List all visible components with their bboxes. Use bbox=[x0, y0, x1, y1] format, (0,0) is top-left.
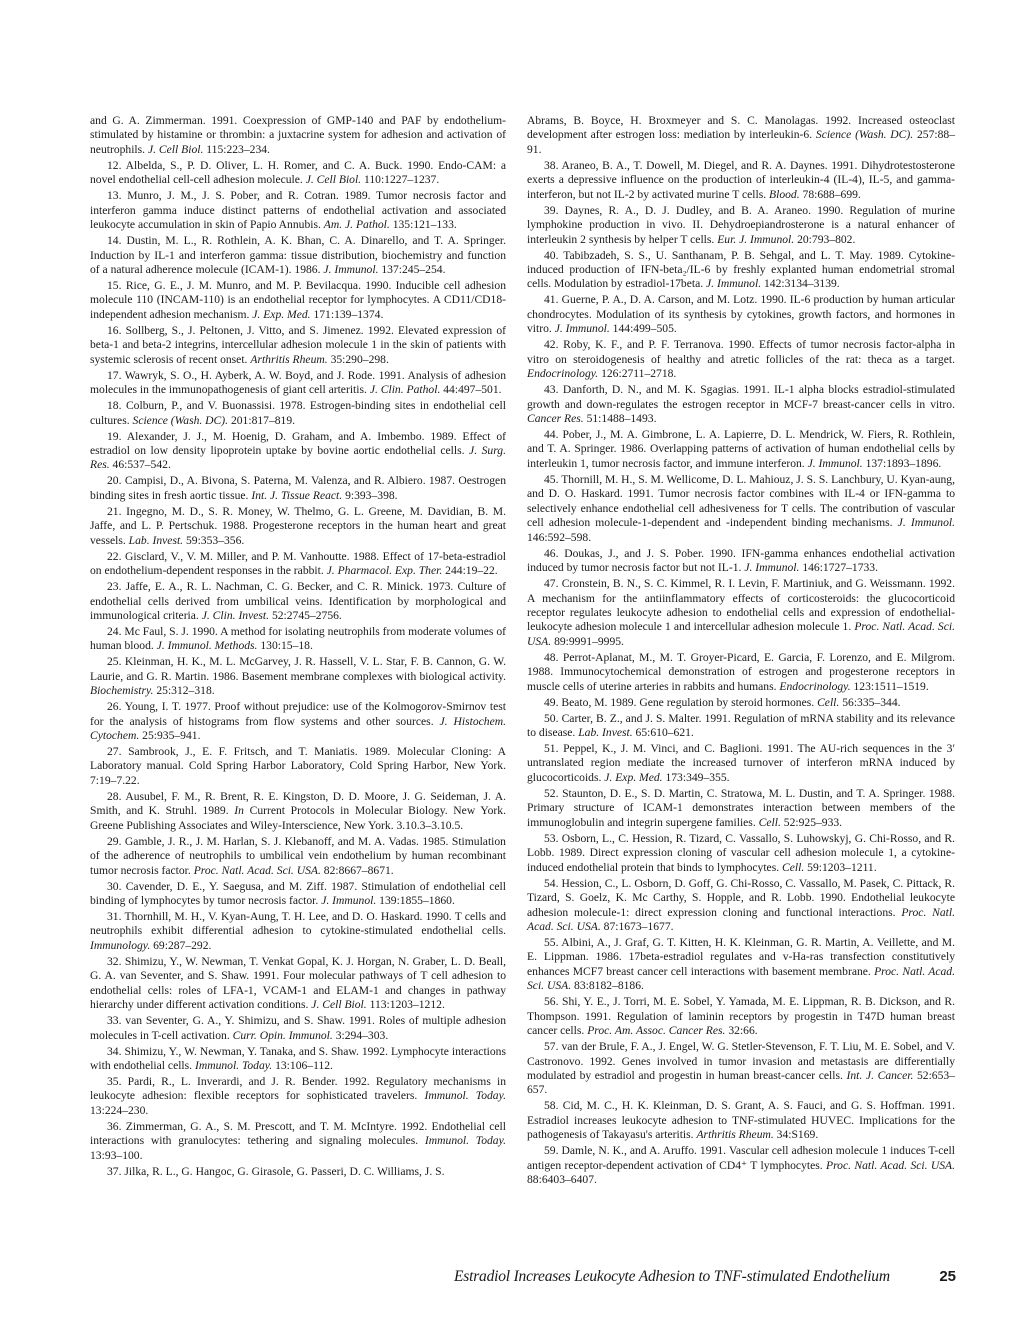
journal-name: J. Exp. Med. bbox=[252, 308, 310, 321]
journal-name: Immunol. Today. bbox=[425, 1089, 506, 1102]
reference-text: Alexander, J. J., M. Hoenig, D. Graham, … bbox=[90, 430, 506, 457]
journal-name: In bbox=[234, 804, 244, 817]
journal-name: Science (Wash. DC). bbox=[133, 414, 229, 427]
reference-entry: 33. van Seventer, G. A., Y. Shimizu, and… bbox=[90, 1014, 506, 1043]
journal-name: J. Cell Biol. bbox=[148, 143, 203, 156]
journal-name: J. Immunol. bbox=[323, 263, 378, 276]
reference-entry: 19. Alexander, J. J., M. Hoenig, D. Grah… bbox=[90, 430, 506, 473]
reference-entry: 59. Damle, N. K., and A. Aruffo. 1991. V… bbox=[527, 1144, 955, 1187]
citation-volume-pages: 9:393–398. bbox=[345, 489, 398, 502]
page-footer: Estradiol Increases Leukocyte Adhesion t… bbox=[454, 1268, 964, 1288]
journal-name: J. Immunol. Methods. bbox=[157, 639, 258, 652]
citation-volume-pages: 56:335–344. bbox=[842, 696, 900, 709]
journal-name: J. Clin. Invest. bbox=[202, 609, 269, 622]
citation-volume-pages: 123:1511–1519. bbox=[854, 680, 929, 693]
citation-volume-pages: 137:1893–1896. bbox=[866, 457, 942, 470]
citation-volume-pages: 20:793–802. bbox=[797, 233, 855, 246]
reference-number: 50. bbox=[544, 712, 559, 725]
citation-volume-pages: 144:499–505. bbox=[613, 322, 677, 335]
reference-entry: 26. Young, I. T. 1977. Proof without pre… bbox=[90, 700, 506, 743]
reference-text: Gisclard, V., V. M. Miller, and P. M. Va… bbox=[90, 550, 506, 577]
reference-number: 48. bbox=[544, 651, 559, 664]
journal-name: Science (Wash. DC). bbox=[816, 128, 913, 141]
citation-volume-pages: 139:1855–1860. bbox=[379, 894, 455, 907]
reference-number: 54. bbox=[544, 877, 559, 890]
reference-text: Hession, C., L. Osborn, D. Goff, G. Chi-… bbox=[527, 877, 955, 919]
reference-text: Kleinman, H. K., M. L. McGarvey, J. R. H… bbox=[90, 655, 506, 682]
reference-entry: 23. Jaffe, E. A., R. L. Nachman, C. G. B… bbox=[90, 580, 506, 623]
reference-entry: 36. Zimmerman, G. A., S. M. Prescott, an… bbox=[90, 1120, 506, 1163]
citation-volume-pages: 137:245–254. bbox=[381, 263, 445, 276]
journal-name: J. Immunol. bbox=[898, 516, 955, 529]
reference-entry: 27. Sambrook, J., E. F. Fritsch, and T. … bbox=[90, 745, 506, 788]
reference-entry: 53. Osborn, L., C. Hession, R. Tizard, C… bbox=[527, 832, 955, 875]
reference-number: 45. bbox=[544, 473, 559, 486]
reference-number: 20. bbox=[107, 474, 122, 487]
reference-number: 33. bbox=[107, 1014, 122, 1027]
citation-volume-pages: 59:1203–1211. bbox=[807, 861, 876, 874]
reference-text: Thornill, M. H., S. M. Wellicome, D. L. … bbox=[527, 473, 955, 529]
reference-number: 52. bbox=[544, 787, 559, 800]
journal-name: Endocrinology. bbox=[779, 680, 850, 693]
reference-number: 21. bbox=[107, 505, 122, 518]
reference-entry: 40. Tabibzadeh, S. S., U. Santhanam, P. … bbox=[527, 249, 955, 292]
reference-number: 53. bbox=[544, 832, 559, 845]
citation-volume-pages: 87:1673–1677. bbox=[604, 920, 674, 933]
reference-entry: 16. Sollberg, S., J. Peltonen, J. Vitto,… bbox=[90, 324, 506, 367]
citation-volume-pages: 201:817–819. bbox=[231, 414, 295, 427]
reference-entry: 35. Pardi, R., L. Inverardi, and J. R. B… bbox=[90, 1075, 506, 1118]
reference-number: 55. bbox=[544, 936, 559, 949]
citation-volume-pages: 78:688–699. bbox=[803, 188, 861, 201]
reference-entry: 25. Kleinman, H. K., M. L. McGarvey, J. … bbox=[90, 655, 506, 698]
reference-text: Roby, K. F., and P. F. Terranova. 1990. … bbox=[527, 338, 955, 365]
citation-volume-pages: 32:66. bbox=[728, 1024, 757, 1037]
reference-entry: 58. Cid, M. C., H. K. Kleinman, D. S. Gr… bbox=[527, 1099, 955, 1142]
citation-volume-pages: 25:935–941. bbox=[142, 729, 200, 742]
reference-number: 51. bbox=[544, 742, 559, 755]
journal-name: Int. J. Cancer. bbox=[847, 1069, 914, 1082]
reference-entry: 47. Cronstein, B. N., S. C. Kimmel, R. I… bbox=[527, 577, 955, 649]
citation-volume-pages: 51:1488–1493. bbox=[587, 412, 657, 425]
reference-number: 40. bbox=[544, 249, 559, 262]
journal-name: J. Cell Biol. bbox=[306, 173, 361, 186]
reference-text: Danforth, D. N., and M. K. Sgagias. 1991… bbox=[527, 383, 955, 410]
journal-name: Proc. Natl. Acad. Sci. USA. bbox=[826, 1159, 955, 1172]
reference-column-right: Abrams, B. Boyce, H. Broxmeyer and S. C.… bbox=[527, 114, 955, 1189]
reference-number: 22. bbox=[107, 550, 122, 563]
citation-volume-pages: 89:9991–9995. bbox=[554, 635, 624, 648]
reference-text: Peppel, K., J. M. Vinci, and C. Baglioni… bbox=[527, 742, 955, 784]
reference-number: 46. bbox=[544, 547, 559, 560]
journal-name: Proc. Am. Assoc. Cancer Res. bbox=[587, 1024, 725, 1037]
reference-entry: 55. Albini, A., J. Graf, G. T. Kitten, H… bbox=[527, 936, 955, 994]
reference-number: 37. bbox=[107, 1165, 122, 1178]
reference-entry: 12. Albelda, S., P. D. Oliver, L. H. Rom… bbox=[90, 159, 506, 188]
reference-number: 15. bbox=[107, 279, 122, 292]
citation-volume-pages: 146:592–598. bbox=[527, 531, 591, 544]
reference-entry: 46. Doukas, J., and J. S. Pober. 1990. I… bbox=[527, 547, 955, 576]
reference-entry: 30. Cavender, D. E., Y. Saegusa, and M. … bbox=[90, 880, 506, 909]
reference-entry: 43. Danforth, D. N., and M. K. Sgagias. … bbox=[527, 383, 955, 426]
reference-entry: 38. Araneo, B. A., T. Dowell, M. Diegel,… bbox=[527, 159, 955, 202]
reference-column-left: and G. A. Zimmerman. 1991. Coexpression … bbox=[90, 114, 506, 1181]
reference-text: Sambrook, J., E. F. Fritsch, and T. Mani… bbox=[90, 745, 506, 787]
reference-entry: 54. Hession, C., L. Osborn, D. Goff, G. … bbox=[527, 877, 955, 935]
citation-volume-pages: 110:1227–1237. bbox=[364, 173, 439, 186]
citation-volume-pages: 25:312–318. bbox=[156, 684, 214, 697]
reference-number: 42. bbox=[544, 338, 559, 351]
reference-entry: 18. Colburn, P., and V. Buonassisi. 1978… bbox=[90, 399, 506, 428]
reference-entry: 28. Ausubel, F. M., R. Brent, R. E. King… bbox=[90, 790, 506, 833]
reference-text: Albelda, S., P. D. Oliver, L. H. Romer, … bbox=[90, 159, 506, 186]
reference-text: Thornhill, M. H., V. Kyan-Aung, T. H. Le… bbox=[90, 910, 506, 937]
reference-entry: 41. Guerne, P. A., D. A. Carson, and M. … bbox=[527, 293, 955, 336]
page-number: 25 bbox=[939, 1268, 956, 1285]
journal-name: Blood. bbox=[769, 188, 800, 201]
citation-volume-pages: 142:3134–3139. bbox=[764, 277, 840, 290]
reference-entry: 51. Peppel, K., J. M. Vinci, and C. Bagl… bbox=[527, 742, 955, 785]
citation-volume-pages: 59:353–356. bbox=[186, 534, 244, 547]
reference-number: 41. bbox=[544, 293, 559, 306]
journal-name: Immunology. bbox=[90, 939, 150, 952]
reference-entry: 17. Wawryk, S. O., H. Ayberk, A. W. Boyd… bbox=[90, 369, 506, 398]
citation-volume-pages: 3:294–303. bbox=[336, 1029, 389, 1042]
reference-number: 44. bbox=[544, 428, 559, 441]
reference-number: 27. bbox=[107, 745, 122, 758]
citation-volume-pages: 126:2711–2718. bbox=[601, 367, 676, 380]
citation-volume-pages: 130:15–18. bbox=[260, 639, 313, 652]
running-title: Estradiol Increases Leukocyte Adhesion t… bbox=[454, 1268, 890, 1286]
reference-entry: 20. Campisi, D., A. Bivona, S. Paterna, … bbox=[90, 474, 506, 503]
reference-number: 34. bbox=[107, 1045, 122, 1058]
citation-volume-pages: 52:925–933. bbox=[784, 816, 842, 829]
journal-name: Lab. Invest. bbox=[578, 726, 632, 739]
reference-number: 12. bbox=[107, 159, 122, 172]
journal-name: Biochemistry. bbox=[90, 684, 153, 697]
reference-number: 19. bbox=[107, 430, 122, 443]
reference-entry: 14. Dustin, M. L., R. Rothlein, A. K. Bh… bbox=[90, 234, 506, 277]
journal-name: Cell. bbox=[759, 816, 781, 829]
reference-entry: 44. Pober, J., M. A. Gimbrone, L. A. Lap… bbox=[527, 428, 955, 471]
citation-volume-pages: 34:S169. bbox=[777, 1128, 819, 1141]
journal-name: J. Clin. Pathol. bbox=[370, 383, 441, 396]
journal-name: J. Immunol. bbox=[555, 322, 610, 335]
journal-name: Cell. bbox=[782, 861, 804, 874]
reference-number: 23. bbox=[107, 580, 122, 593]
journal-name: J. Exp. Med. bbox=[604, 771, 662, 784]
reference-entry: 48. Perrot-Aplanat, M., M. T. Groyer-Pic… bbox=[527, 651, 955, 694]
reference-number: 18. bbox=[107, 399, 122, 412]
reference-entry: 57. van der Brule, F. A., J. Engel, W. G… bbox=[527, 1040, 955, 1098]
reference-number: 56. bbox=[544, 995, 559, 1008]
journal-name: Immunol. Today. bbox=[195, 1059, 272, 1072]
reference-number: 49. bbox=[544, 696, 559, 709]
reference-number: 31. bbox=[107, 910, 122, 923]
reference-entry: 22. Gisclard, V., V. M. Miller, and P. M… bbox=[90, 550, 506, 579]
citation-volume-pages: 113:1203–1212. bbox=[370, 998, 445, 1011]
citation-volume-pages: 13:106–112. bbox=[275, 1059, 333, 1072]
citation-volume-pages: 65:610–621. bbox=[636, 726, 694, 739]
reference-entry: 13. Munro, J. M., J. S. Pober, and R. Co… bbox=[90, 189, 506, 232]
citation-volume-pages: 135:121–133. bbox=[393, 218, 457, 231]
reference-number: 17. bbox=[107, 369, 122, 382]
citation-volume-pages: 44:497–501. bbox=[443, 383, 501, 396]
reference-entry: 56. Shi, Y. E., J. Torri, M. E. Sobel, Y… bbox=[527, 995, 955, 1038]
reference-entry: 21. Ingegno, M. D., S. R. Money, W. Thel… bbox=[90, 505, 506, 548]
reference-entry: 49. Beato, M. 1989. Gene regulation by s… bbox=[527, 696, 955, 710]
citation-volume-pages: 173:349–355. bbox=[665, 771, 729, 784]
reference-entry: 24. Mc Faul, S. J. 1990. A method for is… bbox=[90, 625, 506, 654]
citation-volume-pages: 88:6403–6407. bbox=[527, 1173, 597, 1186]
journal-name: J. Immunol. bbox=[706, 277, 761, 290]
reference-entry: and G. A. Zimmerman. 1991. Coexpression … bbox=[90, 114, 506, 157]
reference-entry: 32. Shimizu, Y., W. Newman, T. Venkat Go… bbox=[90, 955, 506, 1013]
citation-volume-pages: 69:287–292. bbox=[153, 939, 211, 952]
reference-entry: 39. Daynes, R. A., D. J. Dudley, and B. … bbox=[527, 204, 955, 247]
reference-entry: 37. Jilka, R. L., G. Hangoc, G. Girasole… bbox=[90, 1165, 506, 1179]
journal-name: Curr. Opin. Immunol. bbox=[233, 1029, 333, 1042]
reference-entry: 15. Rice, G. E., J. M. Munro, and M. P. … bbox=[90, 279, 506, 322]
journal-name: Arthritis Rheum. bbox=[250, 353, 327, 366]
reference-number: 38. bbox=[544, 159, 559, 172]
journal-name: Eur. J. Immunol. bbox=[717, 233, 794, 246]
reference-number: 58. bbox=[544, 1099, 559, 1112]
reference-entry: 52. Staunton, D. E., S. D. Martin, C. St… bbox=[527, 787, 955, 830]
citation-volume-pages: 115:223–234. bbox=[206, 143, 270, 156]
reference-entry: Abrams, B. Boyce, H. Broxmeyer and S. C.… bbox=[527, 114, 955, 157]
reference-entry: 42. Roby, K. F., and P. F. Terranova. 19… bbox=[527, 338, 955, 381]
journal-name: J. Pharmacol. Exp. Ther. bbox=[327, 564, 443, 577]
reference-text: Jilka, R. L., G. Hangoc, G. Girasole, G.… bbox=[124, 1165, 444, 1178]
reference-entry: 31. Thornhill, M. H., V. Kyan-Aung, T. H… bbox=[90, 910, 506, 953]
reference-text: Beato, M. 1989. Gene regulation by stero… bbox=[561, 696, 814, 709]
journal-name: Proc. Natl. Acad. Sci. USA. bbox=[194, 864, 321, 877]
journal-name: Lab. Invest. bbox=[129, 534, 183, 547]
reference-number: 16. bbox=[107, 324, 122, 337]
reference-number: 30. bbox=[107, 880, 122, 893]
reference-number: 35. bbox=[107, 1075, 122, 1088]
journal-name: Arthritis Rheum. bbox=[696, 1128, 773, 1141]
reference-number: 43. bbox=[544, 383, 559, 396]
reference-number: 32. bbox=[107, 955, 122, 968]
reference-number: 36. bbox=[107, 1120, 122, 1133]
reference-number: 29. bbox=[107, 835, 122, 848]
reference-text: Araneo, B. A., T. Dowell, M. Diegel, and… bbox=[527, 159, 955, 201]
citation-volume-pages: 146:1727–1733. bbox=[802, 561, 878, 574]
reference-text: Osborn, L., C. Hession, R. Tizard, C. Va… bbox=[527, 832, 955, 874]
journal-name: Endocrinology. bbox=[527, 367, 598, 380]
journal-name: Int. J. Tissue React. bbox=[251, 489, 342, 502]
citation-volume-pages: 171:139–1374. bbox=[313, 308, 383, 321]
reference-entry: 34. Shimizu, Y., W. Newman, Y. Tanaka, a… bbox=[90, 1045, 506, 1074]
citation-volume-pages: 13:93–100. bbox=[90, 1149, 143, 1162]
reference-number: 14. bbox=[107, 234, 122, 247]
reference-number: 39. bbox=[544, 204, 559, 217]
journal-name: Immunol. Today. bbox=[425, 1134, 506, 1147]
reference-text: Staunton, D. E., S. D. Martin, C. Strato… bbox=[527, 787, 955, 829]
citation-volume-pages: 82:8667–8671. bbox=[324, 864, 394, 877]
journal-name: J. Cell Biol. bbox=[311, 998, 366, 1011]
reference-number: 26. bbox=[107, 700, 122, 713]
journal-name: Cell. bbox=[817, 696, 839, 709]
citation-volume-pages: 52:2745–2756. bbox=[272, 609, 342, 622]
reference-entry: 50. Carter, B. Z., and J. S. Malter. 199… bbox=[527, 712, 955, 741]
reference-number: 13. bbox=[107, 189, 122, 202]
journal-name: Cancer Res. bbox=[527, 412, 584, 425]
reference-number: 59. bbox=[544, 1144, 559, 1157]
reference-number: 47. bbox=[544, 577, 559, 590]
reference-entry: 29. Gamble, J. R., J. M. Harlan, S. J. K… bbox=[90, 835, 506, 878]
citation-volume-pages: 83:8182–8186. bbox=[574, 979, 644, 992]
reference-number: 24. bbox=[107, 625, 122, 638]
citation-volume-pages: 35:290–298. bbox=[331, 353, 389, 366]
journal-name: J. Immunol. bbox=[744, 561, 799, 574]
reference-number: 25. bbox=[107, 655, 122, 668]
reference-entry: 45. Thornill, M. H., S. M. Wellicome, D.… bbox=[527, 473, 955, 545]
citation-volume-pages: 46:537–542. bbox=[113, 458, 171, 471]
reference-number: 28. bbox=[107, 790, 122, 803]
reference-text: Doukas, J., and J. S. Pober. 1990. IFN-g… bbox=[527, 547, 955, 574]
citation-volume-pages: 244:19–22. bbox=[445, 564, 498, 577]
journal-name: Am. J. Pathol. bbox=[324, 218, 390, 231]
journal-name: J. Immunol. bbox=[321, 894, 376, 907]
reference-number: 57. bbox=[544, 1040, 559, 1053]
citation-volume-pages: 13:224–230. bbox=[90, 1104, 148, 1117]
journal-name: J. Immunol. bbox=[808, 457, 863, 470]
